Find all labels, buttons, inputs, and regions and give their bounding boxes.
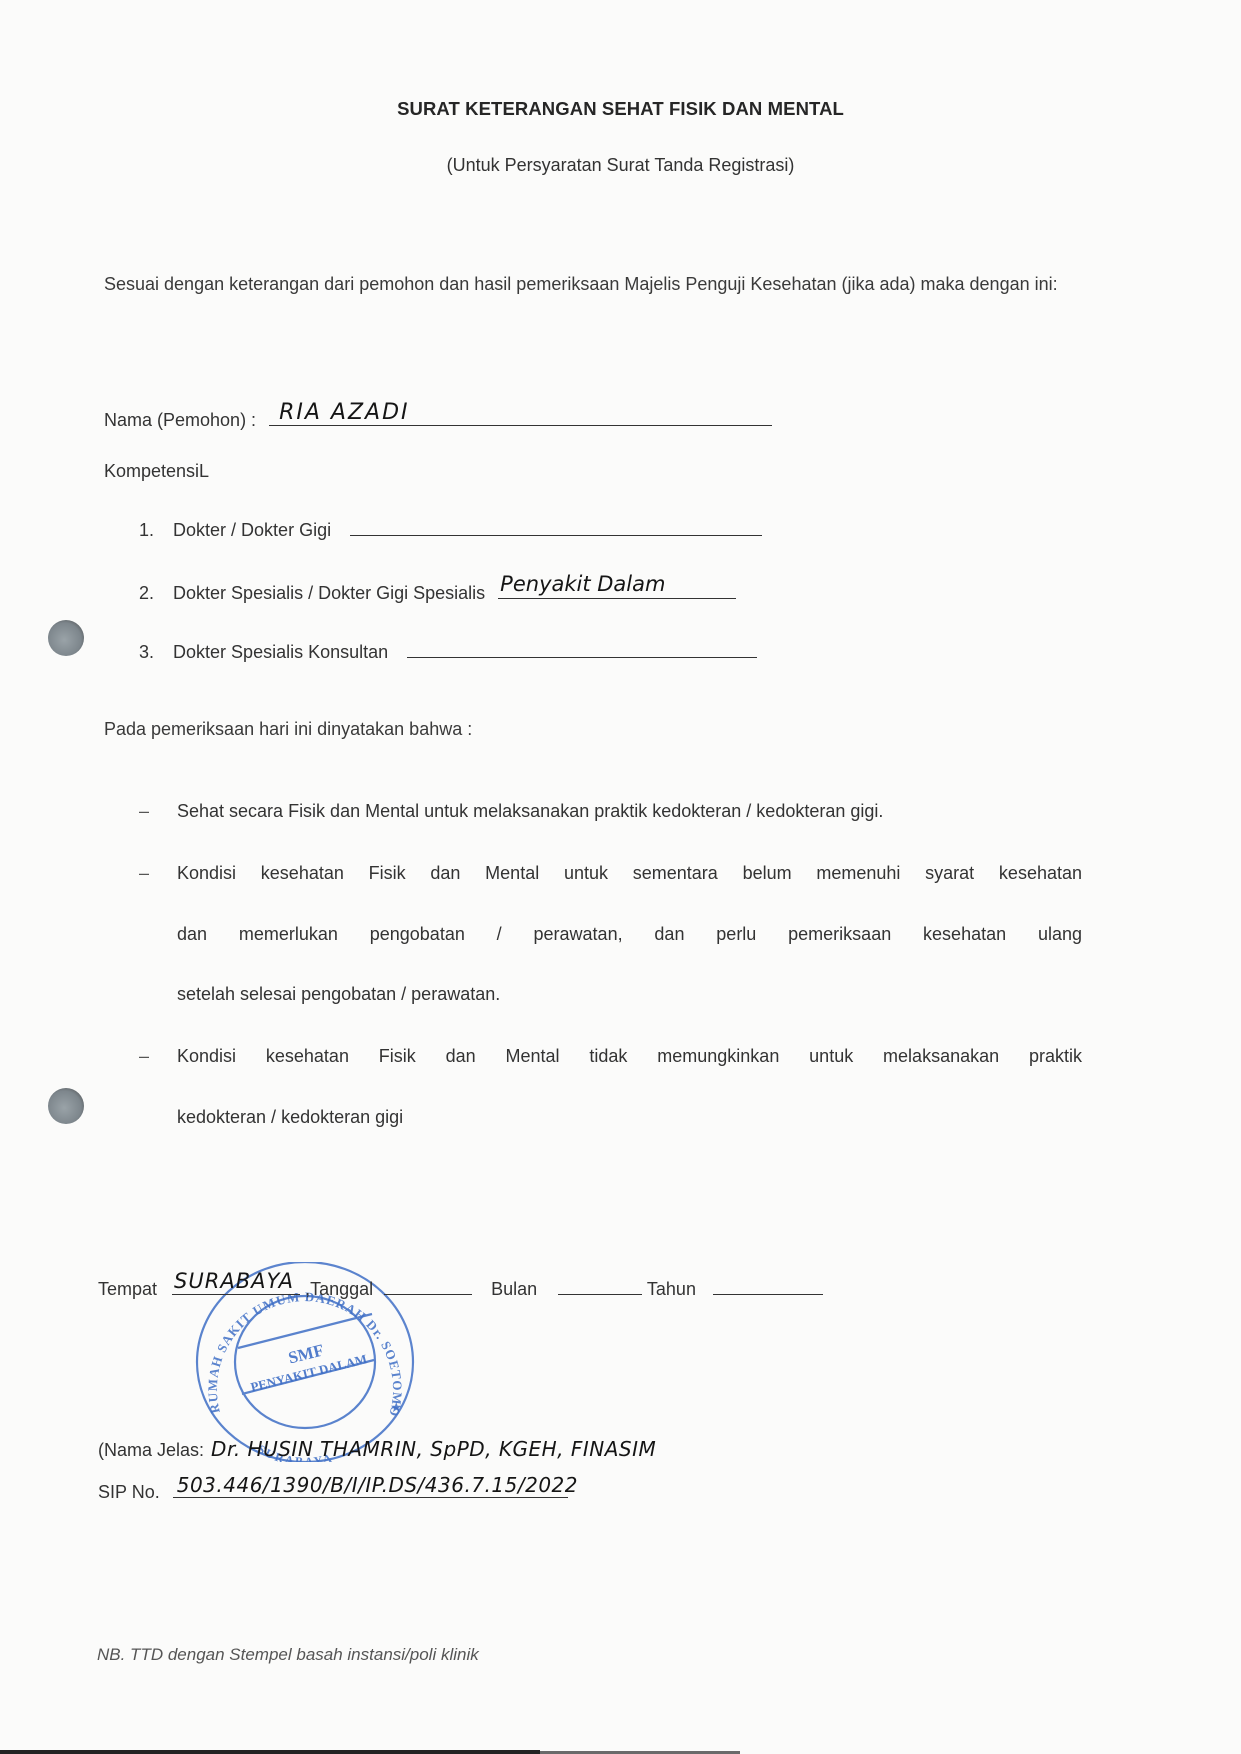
applicant-row: Nama (Pemohon) : RIA AZADI <box>104 403 772 431</box>
competence-label: KompetensiL <box>104 461 209 482</box>
dash-bullet: – <box>139 801 149 822</box>
document-subtitle: (Untuk Persyaratan Surat Tanda Registras… <box>0 155 1241 176</box>
dash-bullet: – <box>139 1046 149 1067</box>
place-field[interactable]: SURABAYA <box>172 1272 300 1295</box>
signatory-name-value: Dr. HUSIN THAMRIN, SpPD, KGEH, FINASIM <box>211 1437 656 1461</box>
statement-line: Kondisi kesehatan Fisik dan Mental tidak… <box>177 1046 1082 1067</box>
sip-label: SIP No. <box>98 1482 160 1502</box>
place-value: SURABAYA <box>174 1269 294 1293</box>
sip-row: SIP No. 503.446/1390/B/I/IP.DS/436.7.15/… <box>98 1475 568 1503</box>
spesialis-field[interactable]: Penyakit Dalam <box>498 576 736 599</box>
dash-bullet: – <box>139 863 149 884</box>
statement-line: Kondisi kesehatan Fisik dan Mental untuk… <box>177 863 1082 884</box>
applicant-name-value: RIA AZADI <box>279 400 409 425</box>
spesialis-value: Penyakit Dalam <box>500 572 665 596</box>
punch-hole <box>48 620 84 656</box>
punch-hole <box>48 1088 84 1124</box>
month-field[interactable] <box>558 1276 642 1295</box>
statement-line: Sehat secara Fisik dan Mental untuk mela… <box>177 801 883 822</box>
applicant-label: Nama (Pemohon) : <box>104 410 256 430</box>
statement-line: dan memerlukan pengobatan / perawatan, d… <box>177 924 1082 945</box>
date-field[interactable] <box>384 1276 472 1295</box>
intro-paragraph: Sesuai dengan keterangan dari pemohon da… <box>104 266 1094 303</box>
date-label: ,Tanggal <box>305 1279 373 1299</box>
item-number: 1. <box>139 520 154 540</box>
stamp-star-icon: ★ <box>390 1399 403 1415</box>
statement-line: kedokteran / kedokteran gigi <box>177 1107 403 1128</box>
document-title: SURAT KETERANGAN SEHAT FISIK DAN MENTAL <box>0 98 1241 120</box>
signatory-name-row: (Nama Jelas: Dr. HUSIN THAMRIN, SpPD, KG… <box>98 1437 656 1461</box>
item-label: Dokter / Dokter Gigi <box>173 520 331 540</box>
statement-line: setelah selesai pengobatan / perawatan. <box>177 984 500 1005</box>
applicant-name-field[interactable]: RIA AZADI <box>269 403 772 426</box>
statement-intro: Pada pemeriksaan hari ini dinyatakan bah… <box>104 719 472 740</box>
footnote: NB. TTD dengan Stempel basah instansi/po… <box>97 1645 479 1665</box>
konsultan-field[interactable] <box>407 637 757 658</box>
item-number: 2. <box>139 583 154 603</box>
item-label: Dokter Spesialis Konsultan <box>173 642 388 662</box>
scan-edge <box>0 1750 540 1754</box>
sip-field[interactable]: 503.446/1390/B/I/IP.DS/436.7.15/2022 <box>173 1475 568 1498</box>
competence-item-2: 2. Dokter Spesialis / Dokter Gigi Spesia… <box>139 576 736 604</box>
competence-item-3: 3. Dokter Spesialis Konsultan <box>139 637 757 663</box>
signatory-name-label: (Nama Jelas: <box>98 1440 204 1460</box>
place-label: Tempat <box>98 1279 157 1299</box>
dokter-gigi-field[interactable] <box>350 515 762 536</box>
month-label: Bulan <box>491 1279 537 1299</box>
competence-item-1: 1. Dokter / Dokter Gigi <box>139 515 762 541</box>
sip-value: 503.446/1390/B/I/IP.DS/436.7.15/2022 <box>177 1473 578 1497</box>
year-field[interactable] <box>713 1276 823 1295</box>
item-label: Dokter Spesialis / Dokter Gigi Spesialis <box>173 583 485 603</box>
item-number: 3. <box>139 642 154 662</box>
place-date-row: Tempat SURABAYA ,Tanggal Bulan Tahun <box>98 1272 823 1300</box>
year-label: Tahun <box>647 1279 696 1299</box>
